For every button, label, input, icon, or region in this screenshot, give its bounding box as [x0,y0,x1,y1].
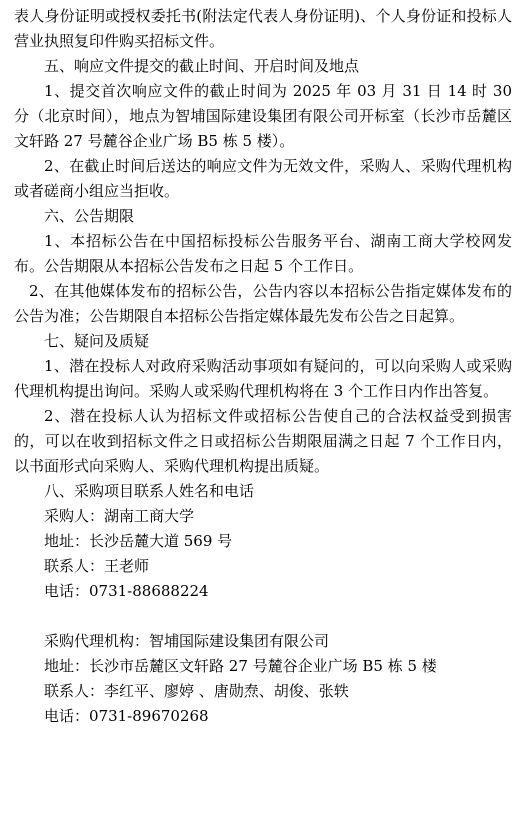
section6-paragraph-2: 2、在其他媒体发布的招标公告，公告内容以本招标公告指定媒体发布的公告为准；公告期… [14,279,512,329]
section8-heading: 八、采购项目联系人姓名和电话 [14,479,512,504]
purchaser-address-line: 地址：长沙岳麓大道 569 号 [14,529,512,554]
purchaser-contact-line: 联系人：王老师 [14,554,512,579]
tender-announcement-page: 表人身份证明或授权委托书(附法定代表人身份证明)、个人身份证和投标人营业执照复印… [0,0,526,816]
purchaser-phone-line: 电话：0731-88688224 [14,579,512,604]
section7-paragraph-1: 1、潜在投标人对政府采购活动事项如有疑问的，可以向采购人或采购代理机构提出询问。… [14,354,512,404]
section7-heading: 七、疑问及质疑 [14,329,512,354]
section6-paragraph-1: 1、本招标公告在中国招标投标公告服务平台、湖南工商大学校网发布。公告期限从本招标… [14,229,512,279]
section7-paragraph-2: 2、潜在投标人认为招标文件或招标公告使自己的合法权益受到损害的，可以在收到招标文… [14,404,512,479]
agency-address-line: 地址：长沙市岳麓区文轩路 27 号麓谷企业广场 B5 栋 5 楼 [14,654,512,679]
section5-paragraph-2: 2、在截止时间后送达的响应文件为无效文件，采购人、采购代理机构或者磋商小组应当拒… [14,154,512,204]
section5-paragraph-1: 1、提交首次响应文件的截止时间为 2025 年 03 月 31 日 14 时 3… [14,79,512,154]
purchaser-name-line: 采购人：湖南工商大学 [14,504,512,529]
section5-heading: 五、响应文件提交的截止时间、开启时间及地点 [14,54,512,79]
continuation-paragraph: 表人身份证明或授权委托书(附法定代表人身份证明)、个人身份证和投标人营业执照复印… [14,4,512,54]
agency-contact-line: 联系人：李红平、廖婷 、唐勋焘、胡俊、张轶 [14,679,512,704]
agency-name-line: 采购代理机构：智埔国际建设集团有限公司 [14,629,512,654]
section6-heading: 六、公告期限 [14,204,512,229]
blank-line-separator [14,604,512,629]
agency-phone-line: 电话：0731-89670268 [14,704,512,729]
